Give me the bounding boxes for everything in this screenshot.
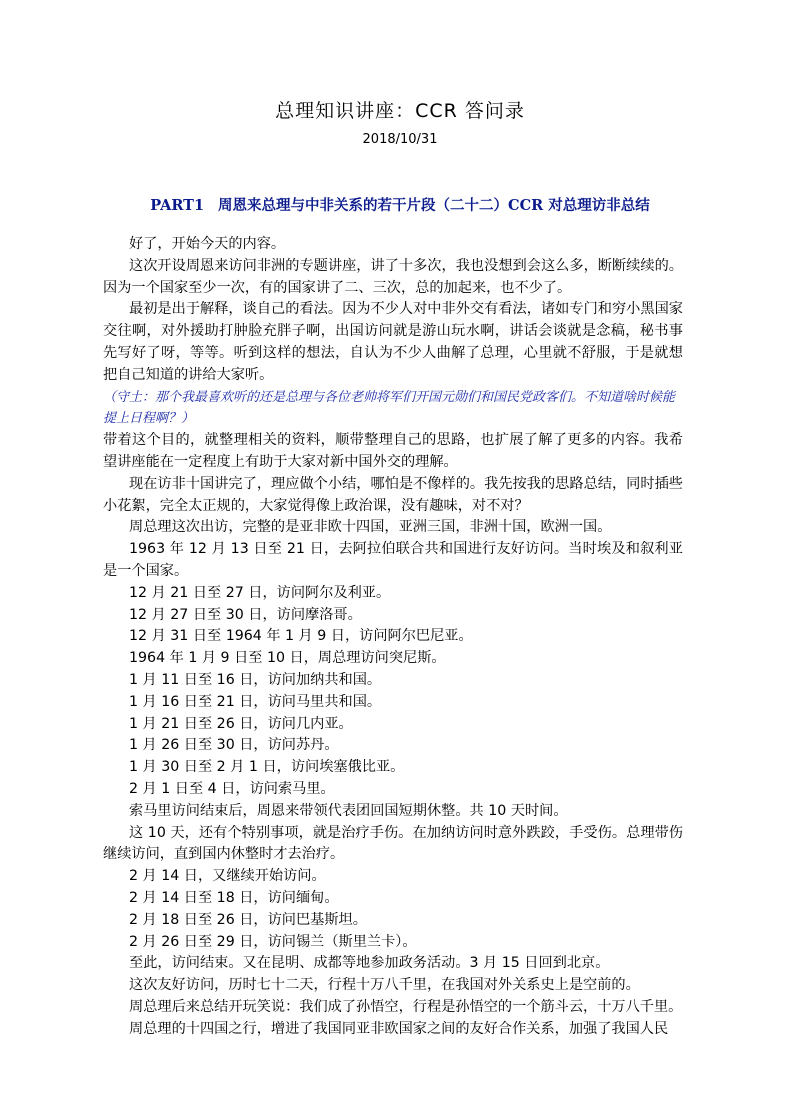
section-heading: PART1周恩来总理与中非关系的若干片段（二十二）CCR 对总理访非总结 (0, 194, 800, 215)
paragraph: 周总理后来总结开玩笑说：我们成了孙悟空，行程是孙悟空的一个筋斗云，十万八千里。 (103, 997, 683, 1019)
paragraph: 12 月 27 日至 30 日，访问摩洛哥。 (103, 605, 683, 627)
paragraph: 这次友好访问，历时七十二天，行程十万八千里，在我国对外关系史上是空前的。 (103, 975, 683, 997)
paragraph: 索马里访问结束后，周恩来带领代表团回国短期休整。共 10 天时间。 (103, 801, 683, 823)
paragraph: 12 月 31 日至 1964 年 1 月 9 日，访问阿尔巴尼亚。 (103, 626, 683, 648)
paragraph: 这 10 天，还有个特别事项，就是治疗手伤。在加纳访问时意外跌跤，手受伤。总理带… (103, 823, 683, 867)
paragraph: 至此，访问结束。又在昆明、成都等地参加政务活动。3 月 15 日回到北京。 (103, 953, 683, 975)
paragraph: 这次开设周恩来访问非洲的专题讲座，讲了十多次，我也没想到会这么多，断断续续的。因… (103, 256, 683, 300)
paragraph: 周总理的十四国之行，增进了我国同亚非欧国家之间的友好合作关系，加强了我国人民 (103, 1019, 683, 1041)
paragraph: 2 月 1 日至 4 日，访问索马里。 (103, 779, 683, 801)
paragraph: 2 月 18 日至 26 日，访问巴基斯坦。 (103, 910, 683, 932)
document-title: 总理知识讲座：CCR 答问录 (0, 96, 800, 123)
section-part-label: PART1 (150, 197, 204, 214)
document-body: 好了，开始今天的内容。这次开设周恩来访问非洲的专题讲座，讲了十多次，我也没想到会… (103, 234, 683, 1040)
editor-note: （守土：那个我最喜欢听的还是总理与各位老帅将军们开国元勋们和国民党政客们。不知道… (103, 387, 683, 431)
paragraph: 2 月 26 日至 29 日，访问锡兰（斯里兰卡）。 (103, 932, 683, 954)
paragraph: 1 月 16 日至 21 日，访问马里共和国。 (103, 692, 683, 714)
section-heading-text: 周恩来总理与中非关系的若干片段（二十二）CCR 对总理访非总结 (218, 197, 650, 214)
paragraph: 1964 年 1 月 9 日至 10 日，周总理访问突尼斯。 (103, 648, 683, 670)
paragraph: 12 月 21 日至 27 日，访问阿尔及利亚。 (103, 583, 683, 605)
paragraph: 带着这个目的，就整理相关的资料，顺带整理自己的思路，也扩展了解了更多的内容。我希… (103, 430, 683, 474)
paragraph: 周总理这次出访，完整的是亚非欧十四国，亚洲三国，非洲十国，欧洲一国。 (103, 517, 683, 539)
paragraph: 现在访非十国讲完了，理应做个小结，哪怕是不像样的。我先按我的思路总结，同时插些小… (103, 474, 683, 518)
paragraph: 好了，开始今天的内容。 (103, 234, 683, 256)
paragraph: 最初是出于解释，谈自己的看法。因为不少人对中非外交有看法，诸如专门和穷小黑国家交… (103, 299, 683, 386)
paragraph: 1 月 26 日至 30 日，访问苏丹。 (103, 735, 683, 757)
paragraph: 2 月 14 日，又继续开始访问。 (103, 866, 683, 888)
paragraph: 1963 年 12 月 13 日至 21 日，去阿拉伯联合共和国进行友好访问。当… (103, 539, 683, 583)
paragraph: 1 月 11 日至 16 日，访问加纳共和国。 (103, 670, 683, 692)
document-date: 2018/10/31 (0, 132, 800, 147)
paragraph: 2 月 14 日至 18 日，访问缅甸。 (103, 888, 683, 910)
document-page: 总理知识讲座：CCR 答问录 2018/10/31 PART1周恩来总理与中非关… (0, 0, 800, 1100)
paragraph: 1 月 21 日至 26 日，访问几内亚。 (103, 714, 683, 736)
paragraph: 1 月 30 日至 2 月 1 日，访问埃塞俄比亚。 (103, 757, 683, 779)
